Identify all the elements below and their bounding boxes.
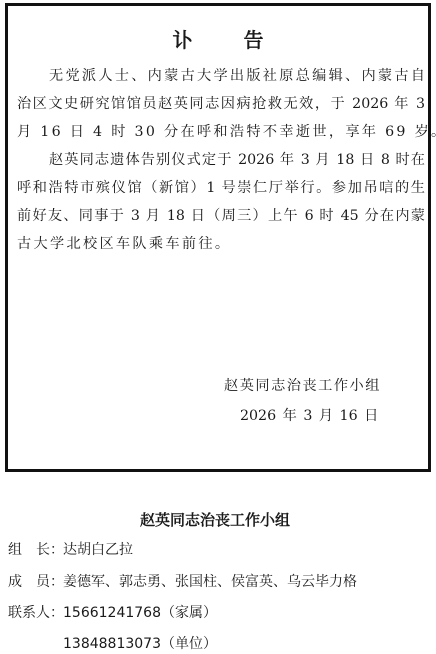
row-value: 15661241768（家属）: [63, 602, 217, 624]
paragraph-2-line-3: 前好友、同事于 3 月 18 日（周三）上午 6 时 45 分在内蒙: [17, 202, 425, 230]
row-value: 13848813073（单位）: [63, 633, 217, 654]
paragraph-1-line-2: 治区文史研究馆馆员赵英同志因病抢救无效，于 2026 年 3: [17, 90, 425, 118]
row-label: 组 长：: [8, 539, 63, 561]
paragraph-2-line-1: 赵英同志遗体告别仪式定于 2026 年 3 月 18 日 8 时在: [17, 146, 425, 174]
committee-row-leader: 组 长：达胡白乙拉: [8, 539, 133, 561]
committee-row-contact: 联系人：15661241768（家属）: [8, 602, 217, 624]
row-value: 姜德军、郭志勇、张国柱、侯富英、乌云毕力格: [63, 571, 357, 593]
committee-title: 赵英同志治丧工作小组: [0, 506, 436, 534]
notice-signature: 赵英同志治丧工作小组: [224, 372, 381, 400]
committee-row-members: 成 员：姜德军、郭志勇、张国柱、侯富英、乌云毕力格: [8, 571, 357, 593]
notice-title: 讣 告: [8, 26, 428, 54]
row-label: 成 员：: [8, 571, 63, 593]
notice-date: 2026 年 3 月 16 日: [240, 402, 378, 430]
row-label: 联系人：: [8, 602, 63, 624]
committee-row-contact-2: 13848813073（单位）: [8, 633, 217, 654]
paragraph-1-line-3: 月 16 日 4 时 30 分在呼和浩特不幸逝世，享年 69 岁。: [17, 118, 425, 146]
paragraph-2-line-4: 古大学北校区车队乘车前往。: [17, 230, 425, 258]
notice-body: 无党派人士、内蒙古大学出版社原总编辑、内蒙古自 治区文史研究馆馆员赵英同志因病抢…: [17, 62, 425, 258]
obituary-notice-box: 讣 告 无党派人士、内蒙古大学出版社原总编辑、内蒙古自 治区文史研究馆馆员赵英同…: [5, 3, 431, 472]
funeral-committee: 赵英同志治丧工作小组: [0, 506, 436, 534]
paragraph-1-line-1: 无党派人士、内蒙古大学出版社原总编辑、内蒙古自: [17, 62, 425, 90]
paragraph-2-line-2: 呼和浩特市殡仪馆（新馆）1 号崇仁厅举行。参加吊唁的生: [17, 174, 425, 202]
row-value: 达胡白乙拉: [63, 539, 133, 561]
